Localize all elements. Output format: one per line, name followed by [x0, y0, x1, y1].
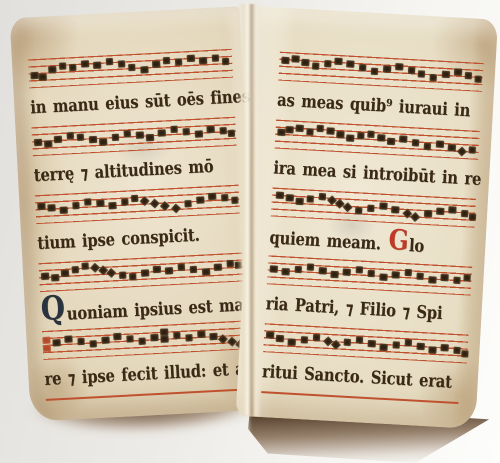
neume — [131, 195, 139, 202]
neume — [161, 201, 170, 210]
neume — [302, 59, 310, 66]
neume — [332, 340, 341, 349]
neume — [453, 277, 461, 284]
neume — [30, 72, 38, 79]
neume — [400, 135, 408, 142]
neume — [121, 198, 129, 205]
text-segment: terrę ⁊ altitudines mō — [33, 157, 214, 186]
neume — [44, 140, 52, 147]
neume — [464, 72, 472, 79]
neume — [49, 66, 57, 73]
neume — [183, 128, 191, 135]
neume — [391, 206, 399, 213]
illuminated-initial-g: G — [388, 223, 410, 257]
neume — [416, 273, 424, 280]
neume — [41, 273, 49, 280]
neume — [448, 144, 456, 151]
neume — [61, 270, 69, 277]
neume — [71, 266, 79, 273]
neume — [72, 202, 80, 209]
neume — [197, 331, 205, 338]
chant-text: re ⁊ ipse fecit illud: et a — [44, 355, 246, 395]
neume — [429, 74, 437, 81]
neume — [380, 344, 388, 351]
neume — [81, 262, 89, 269]
neume — [383, 65, 391, 72]
neume — [441, 344, 449, 351]
neume — [371, 68, 379, 75]
chant-staff — [35, 185, 240, 225]
neume — [461, 210, 469, 217]
neume — [300, 336, 308, 343]
neume — [387, 138, 395, 145]
neume — [54, 136, 62, 143]
neume — [199, 57, 207, 64]
neume — [219, 334, 228, 343]
neume — [161, 335, 169, 342]
neume — [227, 337, 236, 346]
neume — [146, 134, 154, 141]
neume — [441, 274, 449, 281]
neume — [296, 198, 304, 205]
neume — [60, 207, 68, 214]
neume — [114, 333, 122, 340]
neume — [119, 272, 127, 279]
neume — [312, 62, 320, 69]
neume — [334, 58, 342, 65]
neume — [424, 210, 432, 217]
neume — [412, 139, 420, 146]
neume — [474, 76, 482, 83]
chant-staff — [38, 252, 243, 292]
neume — [138, 338, 146, 345]
neume — [84, 198, 92, 205]
illuminated-initial-q: Q — [40, 288, 66, 328]
left-page: in manu eius sūt oēs finesterrę ⁊ altitu… — [10, 6, 261, 421]
neume — [282, 268, 290, 275]
neume — [107, 268, 116, 277]
text-segment: tium ipse conspicit. — [37, 226, 200, 254]
neume — [276, 335, 284, 342]
neume — [368, 340, 376, 347]
neume — [454, 68, 462, 75]
neume — [202, 268, 210, 275]
neume — [319, 193, 327, 200]
neume — [380, 274, 388, 281]
neume — [81, 60, 89, 67]
neume — [158, 129, 166, 136]
neume — [442, 71, 450, 78]
neume — [331, 271, 339, 278]
neume — [96, 200, 104, 207]
neume — [185, 334, 193, 341]
text-segment: ira mea si introibūt in re — [273, 158, 482, 190]
chant-staff — [263, 323, 468, 363]
neume — [276, 192, 284, 199]
chant-text: ritui Sancto. Sicut erat — [261, 357, 452, 398]
neume — [150, 334, 158, 341]
neume — [208, 193, 216, 200]
neume — [89, 136, 97, 143]
neume — [187, 55, 195, 62]
neume — [306, 128, 314, 135]
neume — [109, 202, 117, 209]
neume — [307, 263, 315, 270]
chant-text-line: tium ipse conspicit. — [37, 218, 242, 259]
neume — [66, 132, 74, 139]
neume — [336, 131, 344, 138]
neume — [463, 274, 471, 281]
chant-text: terrę ⁊ altitudines mō — [33, 152, 214, 191]
neume — [294, 266, 302, 273]
neume — [392, 341, 400, 348]
neume — [270, 265, 278, 272]
neume — [165, 267, 173, 274]
neume — [356, 336, 364, 343]
neume — [231, 197, 239, 204]
neume — [417, 70, 425, 77]
neume — [195, 130, 203, 137]
neume — [77, 134, 85, 141]
neume — [140, 66, 148, 73]
neume — [153, 266, 161, 273]
neume — [102, 337, 110, 344]
neume — [316, 125, 324, 132]
neume — [170, 126, 178, 133]
neume — [136, 131, 144, 138]
neume — [184, 200, 192, 207]
neume — [346, 134, 354, 141]
neume — [190, 266, 198, 273]
neume — [346, 60, 354, 67]
neume — [196, 196, 204, 203]
neume — [286, 126, 294, 133]
neume — [417, 343, 425, 350]
neume — [324, 60, 332, 67]
neume — [436, 140, 444, 147]
neume — [126, 335, 134, 342]
neume — [277, 129, 285, 136]
neume — [286, 194, 294, 201]
neume — [461, 350, 469, 357]
neume — [228, 130, 236, 137]
neume — [392, 271, 400, 278]
chant-text: ria Patri, ⁊ Filio ⁊ Spi — [265, 289, 443, 329]
neume — [128, 64, 136, 71]
neume — [292, 55, 300, 62]
neume — [359, 64, 367, 71]
neume — [407, 67, 415, 74]
chant-text: tium ipse conspicit. — [37, 221, 201, 259]
neume — [140, 196, 149, 205]
neume — [207, 126, 215, 133]
neume — [173, 332, 181, 339]
chant-staff — [275, 119, 480, 159]
neume — [53, 339, 61, 346]
neume — [234, 261, 242, 268]
neume — [69, 64, 77, 71]
neume — [226, 260, 234, 267]
neume — [43, 345, 51, 352]
neume — [37, 203, 45, 210]
neume — [453, 347, 461, 354]
neume — [111, 134, 119, 141]
neume — [288, 339, 296, 346]
chant-staff — [28, 49, 233, 89]
neume — [65, 335, 73, 342]
text-segment: quiem meam. — [269, 228, 388, 255]
neume — [123, 130, 131, 137]
neume — [395, 63, 403, 70]
neume — [428, 276, 436, 283]
neume — [177, 263, 185, 270]
neume — [34, 139, 42, 146]
neume — [89, 340, 97, 347]
neume — [266, 331, 274, 338]
neume — [39, 73, 47, 80]
neume — [48, 204, 56, 211]
neume — [377, 134, 385, 141]
right-page: as meas quib⁹ iuraui inira mea si introi… — [236, 6, 499, 429]
neume — [379, 202, 387, 209]
neume — [42, 337, 50, 344]
neume — [319, 267, 327, 274]
neume — [469, 213, 477, 220]
neume — [404, 269, 412, 276]
neume — [175, 58, 183, 65]
neume — [424, 143, 432, 150]
neume — [141, 269, 149, 276]
neume — [99, 138, 107, 145]
neume — [211, 54, 219, 61]
neume — [77, 338, 85, 345]
neume — [436, 208, 444, 215]
neume — [93, 62, 101, 69]
chant-staff — [267, 255, 472, 295]
neume — [219, 127, 227, 134]
neume — [357, 132, 365, 139]
text-segment: lo — [408, 236, 424, 257]
neume — [326, 127, 334, 134]
neume — [429, 346, 437, 353]
neume — [367, 205, 375, 212]
neume — [51, 274, 59, 281]
neume — [355, 266, 363, 273]
right-page-content: as meas quib⁹ iuraui inira mea si introi… — [261, 52, 484, 405]
neume — [214, 264, 222, 271]
text-segment: ria Patri, ⁊ Filio ⁊ Spi — [265, 294, 443, 324]
neume — [343, 268, 351, 275]
neume — [367, 270, 375, 277]
neume — [313, 334, 321, 341]
neume — [171, 204, 180, 213]
chant-staff — [271, 187, 476, 227]
neume — [449, 206, 457, 213]
neume — [59, 62, 67, 69]
neume — [306, 195, 314, 202]
text-segment: as meas quib⁹ iuraui in — [277, 91, 471, 122]
photo: in manu eius sūt oēs finesterrę ⁊ altitu… — [0, 0, 500, 463]
chant-staff — [31, 117, 236, 157]
neume — [210, 333, 218, 340]
chant-text-line: terrę ⁊ altitudines mō — [33, 151, 238, 192]
neume — [296, 125, 304, 132]
neume — [457, 147, 466, 156]
neume — [118, 60, 126, 67]
neume — [281, 57, 289, 64]
neume — [152, 60, 160, 67]
chant-staff — [278, 52, 483, 92]
neume — [404, 339, 412, 346]
neume — [221, 194, 229, 201]
neume — [343, 202, 352, 211]
text-segment: re ⁊ ipse fecit illud: et a — [44, 359, 245, 389]
neume — [343, 339, 351, 346]
neume — [367, 131, 375, 138]
chant-text-line: in manu eius sūt oēs fines — [30, 83, 235, 124]
neume — [150, 199, 159, 208]
neume — [222, 58, 230, 65]
text-segment: uoniam ipsius est ma — [66, 295, 244, 324]
neume — [162, 57, 170, 64]
text-segment: ritui Sancto. Sicut erat — [261, 362, 452, 393]
neume — [468, 146, 476, 153]
neume — [105, 58, 113, 65]
left-page-content: in manu eius sūt oēs finesterrę ⁊ altitu… — [28, 49, 250, 401]
neume — [355, 207, 363, 214]
neume — [129, 273, 137, 280]
text-segment: in manu eius sūt oēs fines — [30, 87, 250, 118]
